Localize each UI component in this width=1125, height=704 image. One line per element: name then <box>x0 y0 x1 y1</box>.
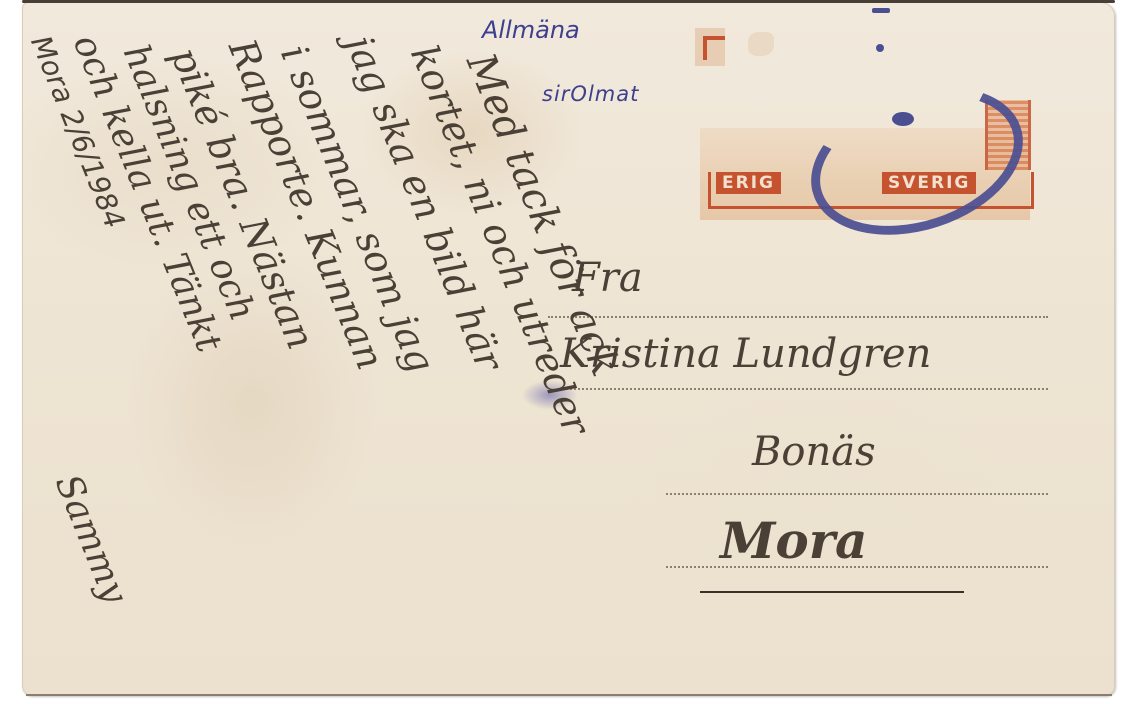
postmark-dot <box>876 44 884 52</box>
postmark-mark <box>872 8 890 13</box>
sender-town: Mora <box>720 516 867 566</box>
card-bottom-edge <box>26 694 1112 696</box>
stamp-torn-fragment <box>748 32 774 56</box>
address-line-2 <box>566 388 1048 390</box>
annotation-sirolmat: sirOlmat <box>542 84 639 105</box>
stamp-text-left: ERIG <box>716 172 781 194</box>
address-line-4 <box>666 566 1048 568</box>
address-line-1 <box>548 316 1048 318</box>
sender-place: Bonäs <box>752 432 876 472</box>
stamp-corner-fragment <box>695 28 725 66</box>
annotation-allmana: Allmäna <box>482 18 580 42</box>
card-top-edge <box>22 0 1115 3</box>
postmark-blot <box>892 112 914 126</box>
address-line-3 <box>666 493 1048 495</box>
address-underline <box>700 591 964 593</box>
